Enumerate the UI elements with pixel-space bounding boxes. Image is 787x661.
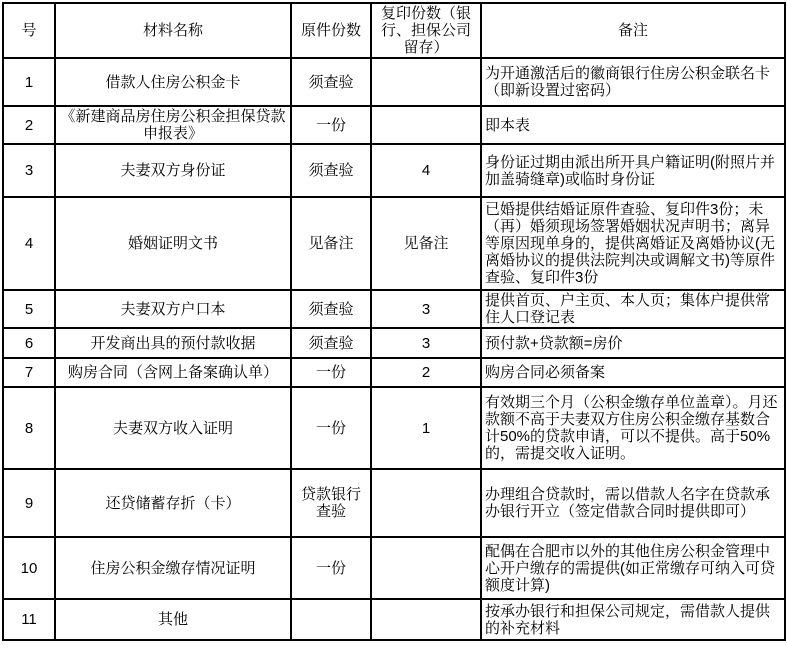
- cell-copy-count: 见备注: [371, 197, 481, 290]
- cell-remark: 为开通激活后的徽商银行住房公积金联名卡（即新设置过密码）: [481, 58, 785, 106]
- cell-number: 3: [3, 144, 55, 197]
- cell-remark: 即本表: [481, 106, 785, 144]
- cell-original-count: 一份: [291, 387, 371, 469]
- cell-remark: 已婚提供结婚证原件查验、复印件3份；未（再）婚须现场签署婚姻状况声明书；离异等原…: [481, 197, 785, 290]
- table-body: 1借款人住房公积金卡须查验为开通激活后的徽商银行住房公积金联名卡（即新设置过密码…: [3, 58, 785, 640]
- table-row: 8夫妻双方收入证明一份1有效期三个月（公积金缴存单位盖章）。月还款额不高于夫妻双…: [3, 387, 785, 469]
- cell-material-name: 借款人住房公积金卡: [55, 58, 291, 106]
- cell-material-name: 购房合同（含网上备案确认单）: [55, 358, 291, 387]
- column-header: 原件份数: [291, 3, 371, 58]
- cell-original-count: 须查验: [291, 144, 371, 197]
- cell-material-name: 还贷储蓄存折（卡）: [55, 469, 291, 537]
- cell-remark: 预付款+贷款额=房价: [481, 328, 785, 358]
- table-row: 3夫妻双方身份证须查验4身份证过期由派出所开具户籍证明(附照片并加盖骑缝章)或临…: [3, 144, 785, 197]
- materials-table: 号材料名称原件份数复印份数（银行、担保公司留存）备注 1借款人住房公积金卡须查验…: [2, 2, 786, 641]
- cell-material-name: 其他: [55, 599, 291, 640]
- column-header: 复印份数（银行、担保公司留存）: [371, 3, 481, 58]
- cell-copy-count: 3: [371, 328, 481, 358]
- cell-remark: 有效期三个月（公积金缴存单位盖章）。月还款额不高于夫妻双方住房公积金缴存基数合计…: [481, 387, 785, 469]
- cell-material-name: 《新建商品房住房公积金担保贷款申报表》: [55, 106, 291, 144]
- table-row: 2《新建商品房住房公积金担保贷款申报表》一份即本表: [3, 106, 785, 144]
- cell-material-name: 住房公积金缴存情况证明: [55, 537, 291, 599]
- cell-original-count: 贷款银行查验: [291, 469, 371, 537]
- cell-material-name: 夫妻双方收入证明: [55, 387, 291, 469]
- table-row: 11其他按承办银行和担保公司规定，需借款人提供的补充材料: [3, 599, 785, 640]
- cell-original-count: 一份: [291, 358, 371, 387]
- cell-copy-count: [371, 537, 481, 599]
- cell-remark: 办理组合贷款时，需以借款人名字在贷款承办银行开立（签定借款合同时提供即可）: [481, 469, 785, 537]
- table-header-row: 号材料名称原件份数复印份数（银行、担保公司留存）备注: [3, 3, 785, 58]
- cell-number: 5: [3, 290, 55, 328]
- table-row: 4婚姻证明文书见备注见备注已婚提供结婚证原件查验、复印件3份；未（再）婚须现场签…: [3, 197, 785, 290]
- cell-remark: 按承办银行和担保公司规定，需借款人提供的补充材料: [481, 599, 785, 640]
- cell-original-count: 须查验: [291, 290, 371, 328]
- cell-original-count: 见备注: [291, 197, 371, 290]
- cell-number: 6: [3, 328, 55, 358]
- cell-copy-count: [371, 599, 481, 640]
- cell-copy-count: [371, 58, 481, 106]
- cell-number: 10: [3, 537, 55, 599]
- table-row: 号材料名称原件份数复印份数（银行、担保公司留存）备注: [3, 3, 785, 58]
- cell-number: 2: [3, 106, 55, 144]
- cell-remark: 购房合同必须备案: [481, 358, 785, 387]
- cell-copy-count: [371, 469, 481, 537]
- column-header: 号: [3, 3, 55, 58]
- cell-original-count: 一份: [291, 537, 371, 599]
- cell-original-count: 须查验: [291, 328, 371, 358]
- cell-material-name: 夫妻双方户口本: [55, 290, 291, 328]
- table-row: 10住房公积金缴存情况证明一份配偶在合肥市以外的其他住房公积金管理中心开户缴存的…: [3, 537, 785, 599]
- table-row: 6开发商出具的预付款收据须查验3预付款+贷款额=房价: [3, 328, 785, 358]
- cell-number: 4: [3, 197, 55, 290]
- cell-number: 7: [3, 358, 55, 387]
- cell-number: 8: [3, 387, 55, 469]
- cell-remark: 配偶在合肥市以外的其他住房公积金管理中心开户缴存的需提供(如正常缴存可纳入可贷额…: [481, 537, 785, 599]
- table-row: 9还贷储蓄存折（卡）贷款银行查验办理组合贷款时，需以借款人名字在贷款承办银行开立…: [3, 469, 785, 537]
- cell-number: 9: [3, 469, 55, 537]
- cell-number: 11: [3, 599, 55, 640]
- cell-copy-count: 4: [371, 144, 481, 197]
- cell-number: 1: [3, 58, 55, 106]
- cell-copy-count: 1: [371, 387, 481, 469]
- cell-copy-count: 3: [371, 290, 481, 328]
- cell-original-count: 一份: [291, 106, 371, 144]
- table-row: 5夫妻双方户口本须查验3提供首页、户主页、本人页；集体户提供常住人口登记表: [3, 290, 785, 328]
- cell-material-name: 开发商出具的预付款收据: [55, 328, 291, 358]
- column-header: 材料名称: [55, 3, 291, 58]
- cell-copy-count: [371, 106, 481, 144]
- cell-remark: 身份证过期由派出所开具户籍证明(附照片并加盖骑缝章)或临时身份证: [481, 144, 785, 197]
- cell-material-name: 婚姻证明文书: [55, 197, 291, 290]
- cell-original-count: [291, 599, 371, 640]
- cell-copy-count: 2: [371, 358, 481, 387]
- cell-original-count: 须查验: [291, 58, 371, 106]
- table-row: 1借款人住房公积金卡须查验为开通激活后的徽商银行住房公积金联名卡（即新设置过密码…: [3, 58, 785, 106]
- table-row: 7购房合同（含网上备案确认单）一份2购房合同必须备案: [3, 358, 785, 387]
- column-header: 备注: [481, 3, 785, 58]
- cell-material-name: 夫妻双方身份证: [55, 144, 291, 197]
- cell-remark: 提供首页、户主页、本人页；集体户提供常住人口登记表: [481, 290, 785, 328]
